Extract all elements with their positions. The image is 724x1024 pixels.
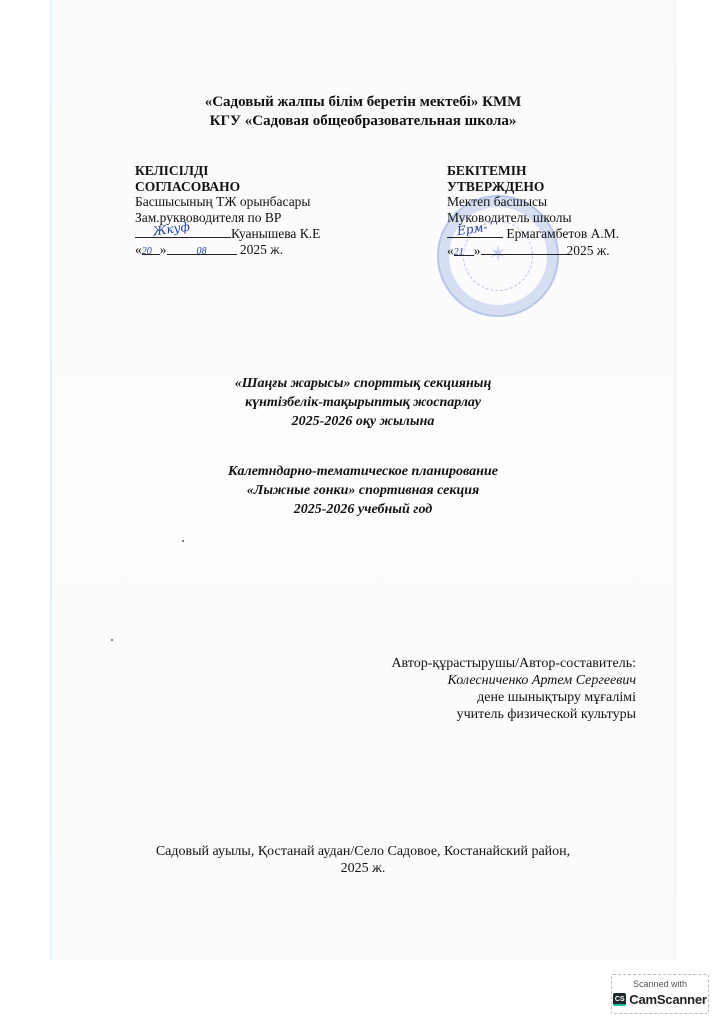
watermark-caption: Scanned with xyxy=(612,979,708,989)
approval-block-agreed: КЕЛІСІЛДІ СОГЛАСОВАНО Басшысының ТЖ орын… xyxy=(135,163,320,257)
director-name: Ермагамбетов А.М. xyxy=(506,226,619,241)
agreed-heading-kz: КЕЛІСІЛДІ xyxy=(135,163,320,179)
camscanner-watermark: Scanned with CS CamScanner xyxy=(611,974,709,1014)
scan-speck xyxy=(111,639,113,641)
watermark-brand: CamScanner xyxy=(629,992,706,1007)
footer-year: 2025 ж. xyxy=(50,860,676,877)
deputy-name: Куанышева К.Е xyxy=(231,226,320,241)
author-block: Автор-құрастырушы/Автор-составитель: Кол… xyxy=(391,655,636,723)
author-role-ru: учитель физической культуры xyxy=(391,706,636,723)
approved-heading-kz: БЕКІТЕМІН xyxy=(447,163,619,179)
author-name: Колесниченко Артем Сергеевич xyxy=(391,672,636,689)
agreed-date-year: 2025 ж. xyxy=(240,242,283,257)
deputy-position-kz: Басшысының ТЖ орынбасары xyxy=(135,194,320,210)
school-name-ru: КГУ «Садовая общеобразовательная школа» xyxy=(50,112,676,131)
agreed-date-day: 20 xyxy=(142,246,152,257)
director-signature-row: Ерм- Ермагамбетов А.М. xyxy=(447,225,619,242)
approval-block-approved: БЕКІТЕМІН УТВЕРЖДЕНО Мектеп басшысы Муко… xyxy=(447,163,619,258)
author-role-kz: дене шынықтыру мұғалімі xyxy=(391,689,636,706)
approved-date-month xyxy=(481,242,567,255)
scan-speck xyxy=(182,540,184,542)
director-signature: Ерм- xyxy=(456,219,488,239)
agreed-date-row: «20»08 2025 ж. xyxy=(135,242,320,258)
signature-line: Жкуф xyxy=(135,225,231,238)
director-position-kz: Мектеп басшысы xyxy=(447,194,619,210)
camscanner-logo-icon: CS xyxy=(613,993,626,1006)
approved-heading-ru: УТВЕРЖДЕНО xyxy=(447,179,619,195)
footer-location: Садовый ауылы, Қостанай аудан/Село Садов… xyxy=(50,843,676,860)
school-header: «Садовый жалпы білім беретін мектебі» КМ… xyxy=(50,93,676,131)
document-title-kz: «Шаңғы жарысы» спорттық секцияның күнтіз… xyxy=(50,374,676,431)
deputy-signature-row: Жкуф Куанышева К.Е xyxy=(135,225,320,242)
approved-date-day: 21 xyxy=(454,247,464,258)
document-footer: Садовый ауылы, Қостанай аудан/Село Садов… xyxy=(50,843,676,877)
author-label: Автор-құрастырушы/Автор-составитель: xyxy=(391,655,636,672)
document-title-ru: Калетндарно-тематическое планирование «Л… xyxy=(50,462,676,519)
signature-line: Ерм- xyxy=(447,225,503,238)
approved-date-year: 2025 ж. xyxy=(567,243,610,258)
scanned-document-page: «Садовый жалпы білім беретін мектебі» КМ… xyxy=(50,0,676,960)
approved-date-row: «21»2025 ж. xyxy=(447,242,619,259)
agreed-date-month: 08 xyxy=(197,246,207,257)
agreed-heading-ru: СОГЛАСОВАНО xyxy=(135,179,320,195)
school-name-kz: «Садовый жалпы білім беретін мектебі» КМ… xyxy=(50,93,676,112)
